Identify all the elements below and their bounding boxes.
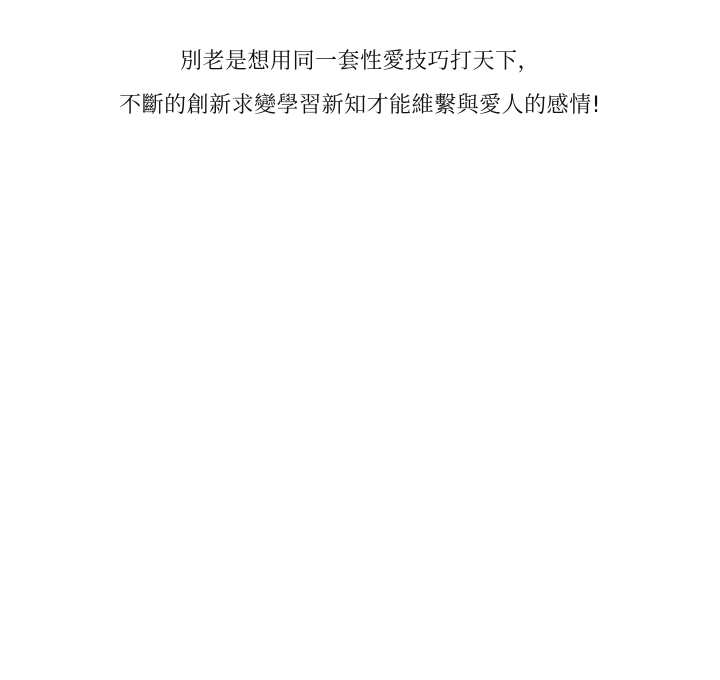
caption-line-2: 不斷的創新求變學習新知才能維繫與愛人的感情! — [0, 91, 720, 121]
caption-line-1: 別老是想用同一套性愛技巧打天下， — [0, 47, 720, 77]
